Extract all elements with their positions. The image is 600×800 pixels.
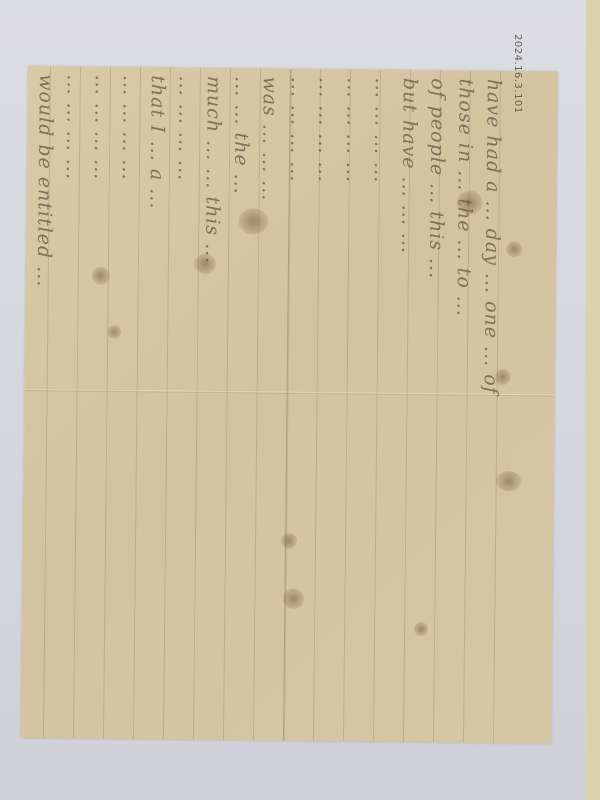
stain [238,208,268,234]
handwriting-line: ... ... ... ... [279,77,310,737]
handwriting-line: ... ... ... ... [363,78,394,738]
handwriting-line: have had a ... day ... one ... of [475,79,506,739]
stain [282,589,304,609]
handwriting-line: ... ... the ... [223,76,254,736]
handwriting-line: ... ... ... ... [55,74,86,734]
stain [495,369,511,385]
catalog-number: 2024.16.3.101 [512,34,523,114]
handwriting-line: ... ... ... ... [111,75,142,735]
stain [414,622,428,636]
handwriting-line: ... ... ... ... [83,75,114,735]
stain [194,254,216,274]
handwriting-line: ... ... ... ... [307,77,338,737]
handwriting-line: but have ... ... ... [391,78,422,738]
handwriting-line: would be entitled ... [27,74,58,734]
letter-page: have had a ... day ... one ... of those … [21,66,558,744]
table-surface [586,0,600,800]
stain [506,241,522,257]
handwriting-line: was ... ... ... [251,76,282,736]
handwriting-line: that I ... a ... [139,75,170,735]
stain [281,533,297,549]
handwriting-line: of people ... this ... [419,78,450,738]
stain [107,325,121,339]
stain [496,471,522,491]
stain [456,190,482,214]
handwriting-line: those in ... the ... to ... [447,78,478,738]
handwriting-line: ... ... ... ... [335,77,366,737]
stain [92,267,110,285]
